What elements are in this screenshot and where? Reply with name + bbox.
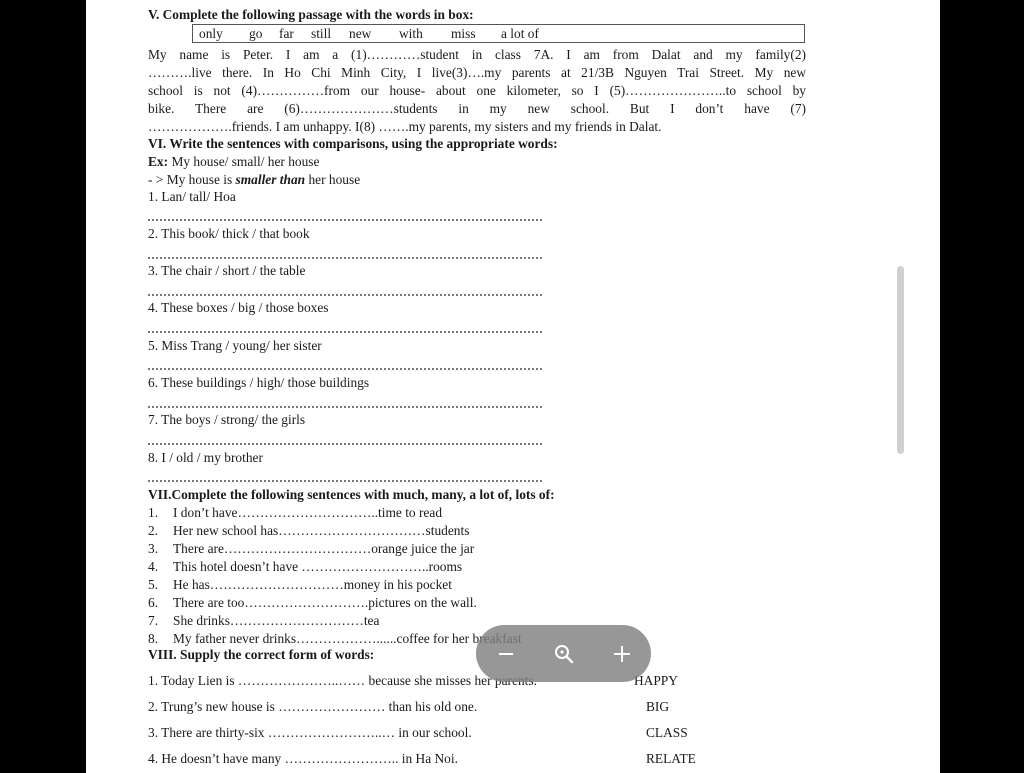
plus-icon [612,644,632,664]
example-answer-emphasis: smaller than [236,172,306,187]
word-form-item: 2. Trung’s new house is …………………… than hi… [148,699,477,715]
passage-line: ……….live there. In Ho Chi Minh City, I l… [148,65,806,81]
word-box-item: far [279,25,294,42]
answer-line[interactable] [148,404,542,408]
word-box-item: go [249,25,262,42]
passage-line: My name is Peter. I am a (1)…………student … [148,47,806,63]
comparison-item: 6. These buildings / high/ those buildin… [148,375,369,391]
example-answer-prefix: - > My house is [148,172,236,187]
section-5-title: V. Complete the following passage with t… [148,7,474,23]
example-label: Ex: [148,154,168,169]
answer-line[interactable] [148,217,542,221]
list-item: My father never drinks………………......coffee… [173,631,522,647]
list-item-number: 8. [148,631,158,647]
comparison-item: 7. The boys / strong/ the girls [148,412,305,428]
comparison-item: 5. Miss Trang / young/ her sister [148,338,322,354]
vertical-scrollbar[interactable] [897,266,904,454]
document-page: V. Complete the following passage with t… [86,0,940,773]
list-item: I don’t have…………………………..time to read [173,505,442,521]
section-6-title: VI. Write the sentences with comparisons… [148,136,558,152]
zoom-reset-button[interactable] [544,625,584,682]
zoom-out-button[interactable] [486,625,526,682]
word-box-item: only [199,25,223,42]
word-box: only go far still new with miss a lot of [192,24,805,43]
list-item: He has…………………………money in his pocket [173,577,452,593]
list-item-number: 1. [148,505,158,521]
zoom-in-button[interactable] [602,625,642,682]
comparison-item: 8. I / old / my brother [148,450,263,466]
word-form-item: 4. He doesn’t have many …………………….. in Ha… [148,751,458,767]
zoom-control-bar [476,625,651,682]
example-text: My house/ small/ her house [168,154,319,169]
word-form-item: 1. Today Lien is …………………..…… because she… [148,673,537,689]
word-box-item: miss [451,25,476,42]
comparison-item: 2. This book/ thick / that book [148,226,310,242]
word-box-item: a lot of [501,25,539,42]
list-item-number: 2. [148,523,158,539]
answer-line[interactable] [148,329,542,333]
example-prompt: Ex: My house/ small/ her house [148,154,319,170]
list-item-number: 3. [148,541,158,557]
list-item-number: 7. [148,613,158,629]
magnifier-icon [553,643,575,665]
answer-line[interactable] [148,478,542,482]
list-item: She drinks…………………………tea [173,613,379,629]
comparison-item: 3. The chair / short / the table [148,263,305,279]
word-form-root: RELATE [646,751,696,767]
passage-line: bike. There are (6)…………………students in my… [148,101,806,117]
answer-line[interactable] [148,441,542,445]
list-item: This hotel doesn’t have ………………………..rooms [173,559,462,575]
word-form-root: BIG [646,699,669,715]
word-box-item: new [349,25,371,42]
passage-line: ……………….friends. I am unhappy. I(8) …….my… [148,119,806,135]
word-box-item: with [399,25,423,42]
answer-line[interactable] [148,292,542,296]
answer-line[interactable] [148,255,542,259]
list-item: There are too……………………….pictures on the w… [173,595,477,611]
list-item-number: 4. [148,559,158,575]
example-answer: - > My house is smaller than her house [148,172,360,188]
word-form-root: CLASS [646,725,688,741]
list-item-number: 5. [148,577,158,593]
word-box-item: still [311,25,331,42]
list-item: Her new school has……………………………students [173,523,469,539]
example-answer-suffix: her house [305,172,360,187]
answer-line[interactable] [148,366,542,370]
section-8-title: VIII. Supply the correct form of words: [148,647,374,663]
list-item-number: 6. [148,595,158,611]
comparison-item: 4. These boxes / big / those boxes [148,300,329,316]
passage-line: school is not (4)……………from our house- ab… [148,83,806,99]
section-7-title: VII.Complete the following sentences wit… [148,487,555,503]
list-item: There are……………………………orange juice the jar [173,541,474,557]
comparison-item: 1. Lan/ tall/ Hoa [148,189,236,205]
minus-icon [497,645,515,663]
word-form-item: 3. There are thirty-six ……………………..… in o… [148,725,472,741]
